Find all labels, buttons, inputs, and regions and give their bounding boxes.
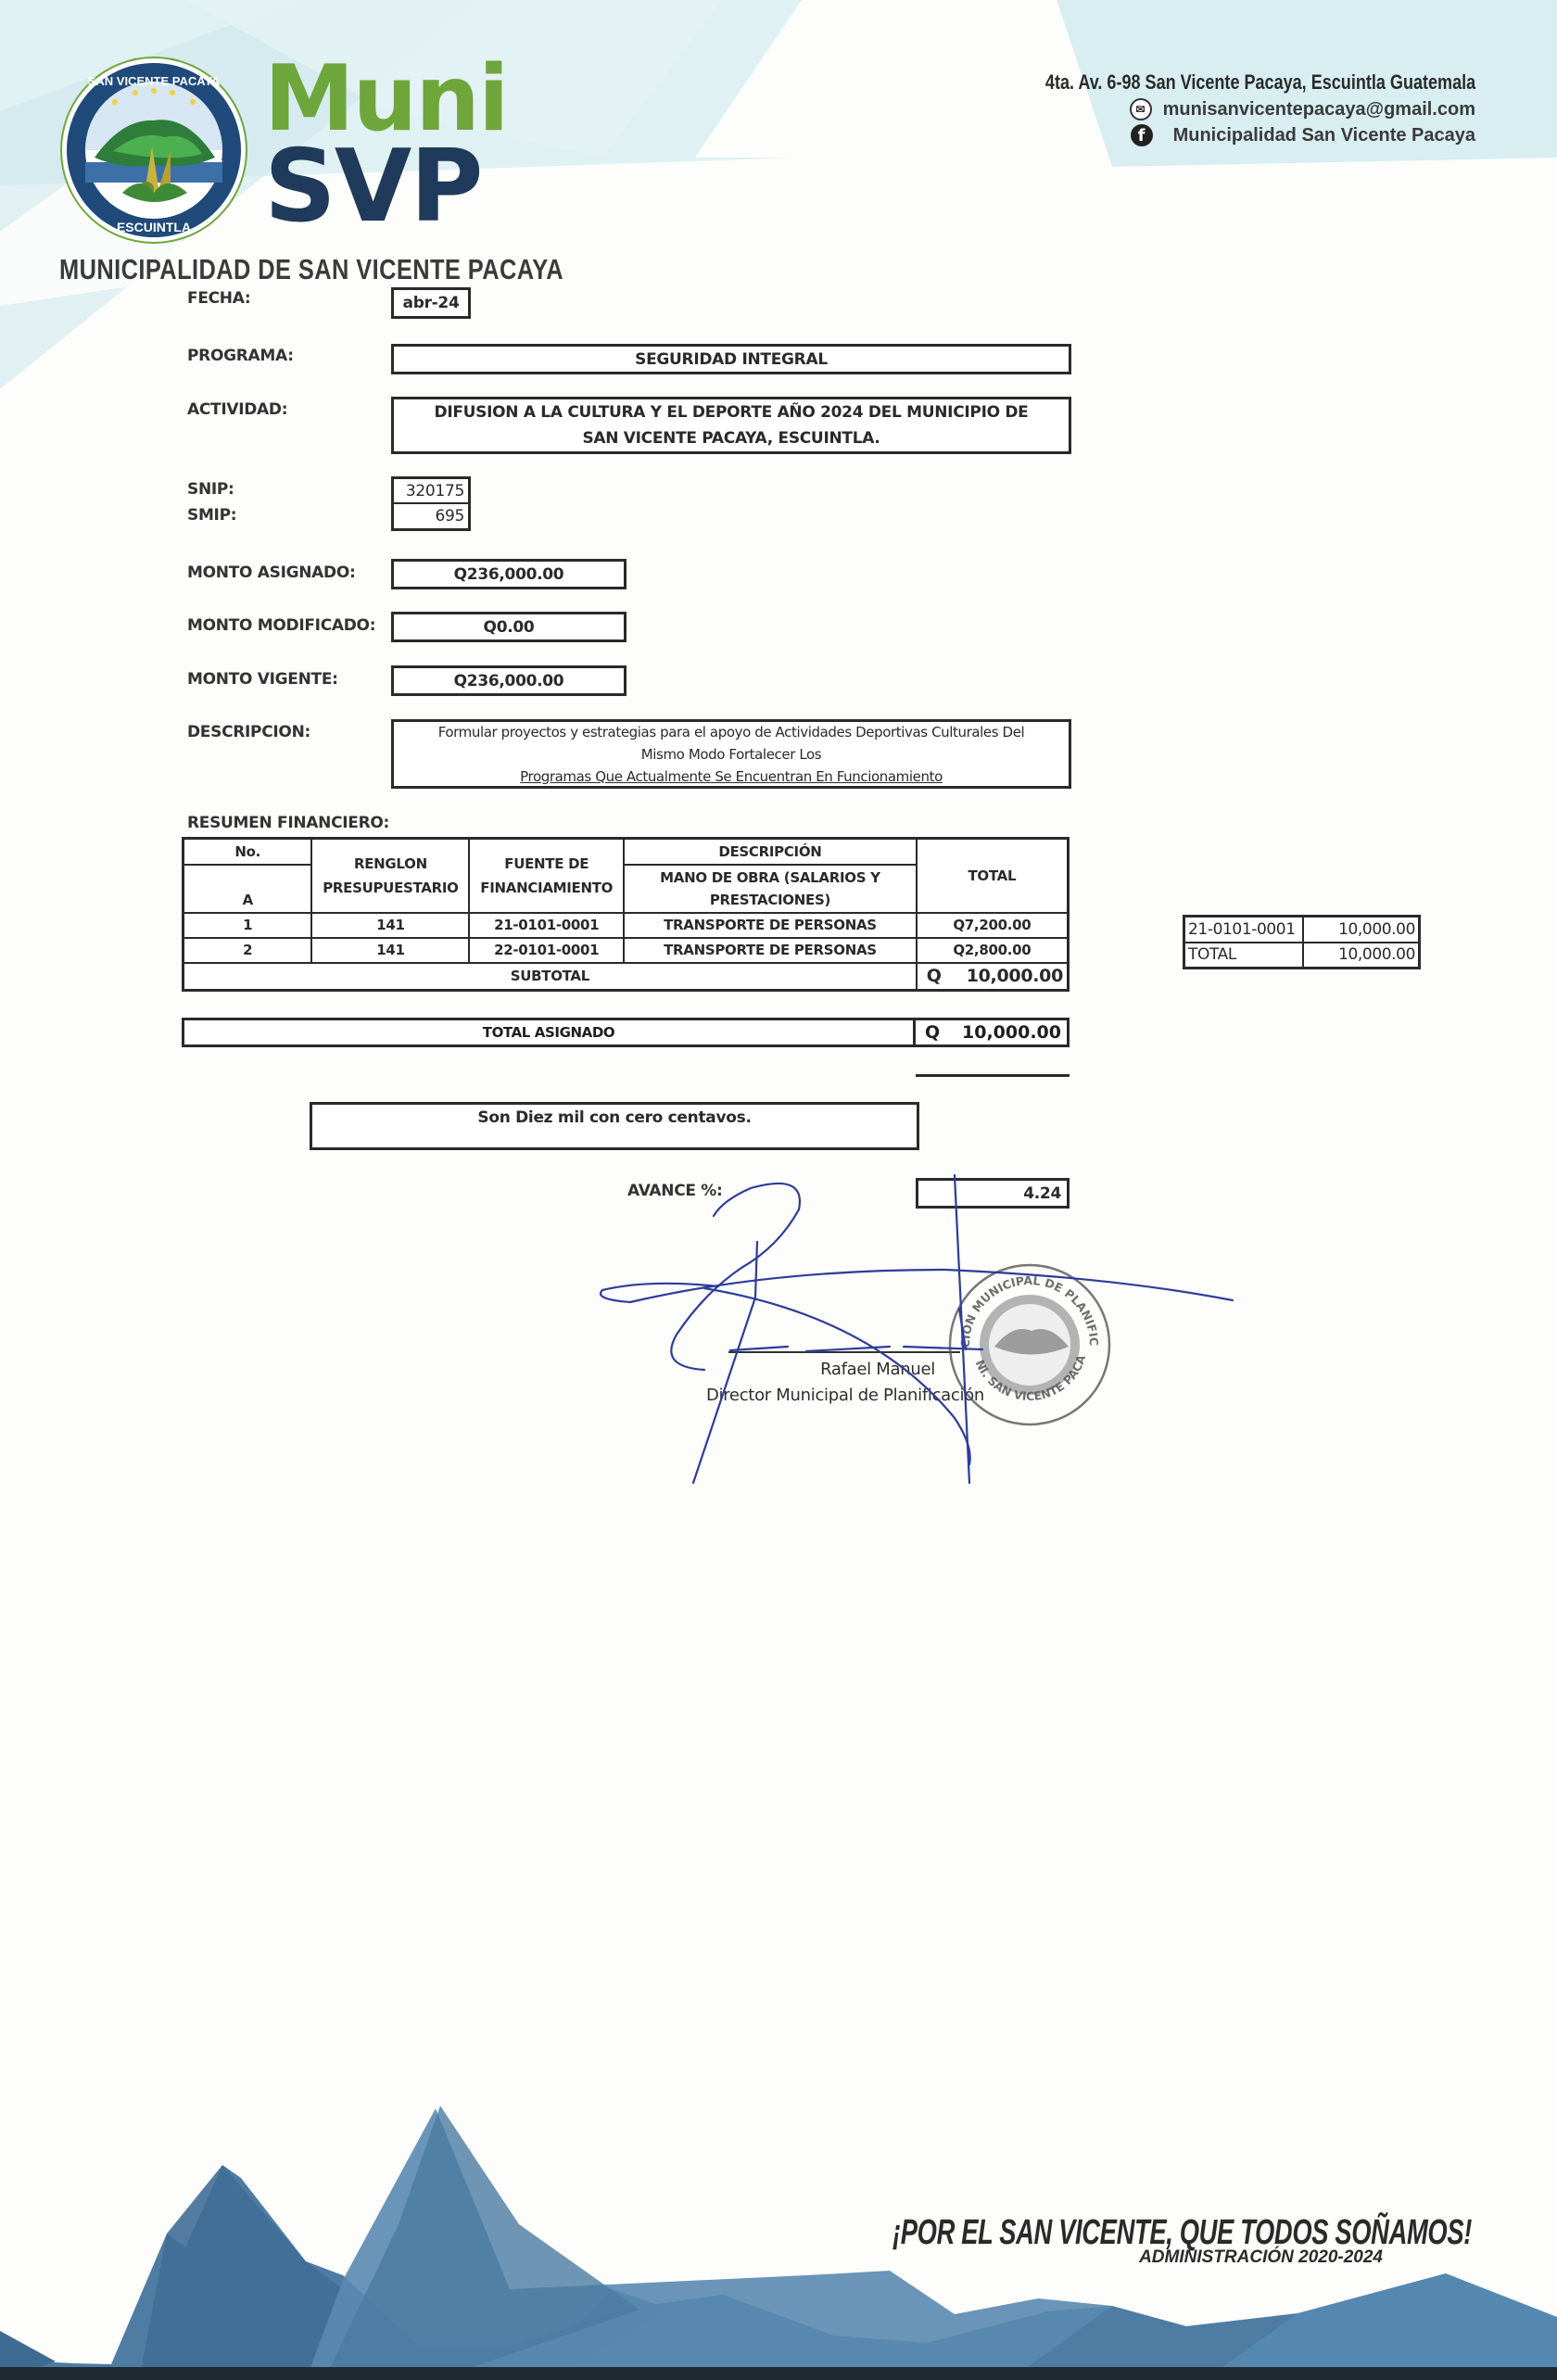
subtotal-value: 10,000.00 (967, 966, 1063, 986)
contact-block: 4ta. Av. 6-98 San Vicente Pacaya, Escuin… (951, 70, 1475, 146)
programa-field: SEGURIDAD INTEGRAL (391, 344, 1071, 374)
facebook-row: f Municipalidad San Vicente Pacaya (951, 124, 1475, 146)
mail-icon: ✉ (1130, 98, 1152, 120)
header-renglon: RENGLON PRESUPUESTARIO (311, 839, 469, 913)
facebook-link[interactable]: Municipalidad San Vicente Pacaya (1173, 125, 1475, 146)
row-total: Q7,200.00 (917, 913, 1069, 938)
monto-modificado-field: Q0.00 (391, 612, 627, 642)
table-row: 1 141 21-0101-0001 TRANSPORTE DE PERSONA… (184, 913, 1069, 938)
total-asignado-value: 10,000.00 (962, 1022, 1061, 1043)
svg-text:SAN VICENTE PACAYA: SAN VICENTE PACAYA (88, 74, 221, 88)
descripcion-label: DESCRIPCION: (187, 723, 310, 741)
smip-field: 695 (391, 503, 471, 531)
header-no: No. (184, 839, 312, 865)
row-fuente: 21-0101-0001 (469, 913, 624, 938)
municipality-name: MUNICIPALIDAD DE SAN VICENTE PACAYA (59, 253, 563, 286)
row-descripcion: TRANSPORTE DE PERSONAS (624, 913, 917, 938)
table-row: 2 141 22-0101-0001 TRANSPORTE DE PERSONA… (184, 938, 1069, 963)
descripcion-line-2: Mismo Modo Fortalecer Los (641, 743, 821, 766)
footer-slogan: ¡POR EL SAN VICENTE, QUE TODOS SOÑAMOS! (892, 2213, 1472, 2253)
monto-asignado-field: Q236,000.00 (391, 559, 627, 589)
side-source: 21-0101-0001 (1184, 917, 1303, 943)
header-descripcion: DESCRIPCIÓN (624, 839, 917, 865)
actividad-field: DIFUSION A LA CULTURA Y EL DEPORTE AÑO 2… (391, 397, 1071, 454)
subtotal-currency: Q (927, 966, 942, 986)
total-asignado-currency: Q (925, 1022, 940, 1043)
monto-asignado-label: MONTO ASIGNADO: (187, 563, 356, 582)
header-fuente: FUENTE DE FINANCIAMIENTO (469, 839, 624, 913)
row-descripcion: TRANSPORTE DE PERSONAS (624, 938, 917, 963)
subtotal-label: SUBTOTAL (184, 963, 917, 991)
snip-field: 320175 (391, 476, 471, 504)
monto-vigente-label: MONTO VIGENTE: (187, 670, 338, 689)
facebook-icon: f (1131, 124, 1153, 146)
brand-wordmark: Muni SVP (264, 57, 508, 234)
row-fuente: 22-0101-0001 (469, 938, 624, 963)
planning-office-stamp: DIRECCION MUNICIPAL DE PLANIFICACION MUN… (943, 1259, 1116, 1431)
municipal-seal-logo: SAN VICENTE PACAYA ESCUINTLA (57, 54, 250, 247)
subtotal-amount: Q 10,000.00 (917, 963, 1069, 991)
fecha-field: abr-24 (391, 287, 471, 319)
descripcion-field: Formular proyectos y estrategias para el… (391, 719, 1071, 789)
total-asignado-row: TOTAL ASIGNADO Q 10,000.00 (182, 1018, 1070, 1047)
brand-svp: SVP (264, 141, 508, 233)
row-no: 2 (184, 938, 312, 963)
header-descripcion-sub: MANO DE OBRA (SALARIOS Y PRESTACIONES) (624, 865, 917, 913)
avance-label: AVANCE %: (627, 1182, 723, 1200)
row-renglon: 141 (311, 913, 469, 938)
amount-in-words: Son Diez mil con cero centavos. (310, 1102, 919, 1150)
signature-line (728, 1351, 960, 1353)
actividad-label: ACTIVIDAD: (187, 400, 287, 419)
total-asignado-amount: Q 10,000.00 (916, 1020, 1067, 1044)
monto-modificado-label: MONTO MODIFICADO: (187, 616, 375, 635)
avance-field: 4.24 (916, 1178, 1070, 1209)
email-row: ✉ munisanvicentepacaya@gmail.com (951, 98, 1475, 120)
footer-slogan-block: ¡POR EL SAN VICENTE, QUE TODOS SOÑAMOS! … (667, 2213, 1472, 2268)
descripcion-line-3: Programas Que Actualmente Se Encuentran … (520, 766, 943, 788)
programa-label: PROGRAMA: (187, 347, 294, 365)
total-asignado-label: TOTAL ASIGNADO (184, 1020, 916, 1044)
resumen-title: RESUMEN FINANCIERO: (187, 814, 389, 832)
email-link[interactable]: munisanvicentepacaya@gmail.com (1163, 99, 1475, 120)
snip-label: SNIP: (187, 480, 234, 499)
descripcion-line-1: Formular proyectos y estrategias para el… (438, 721, 1025, 743)
side-total-label: TOTAL (1184, 943, 1303, 968)
row-total: Q2,800.00 (917, 938, 1069, 963)
fecha-label: FECHA: (187, 289, 250, 308)
header-no-sub: A (184, 865, 312, 913)
smip-label: SMIP: (187, 506, 236, 525)
address: 4ta. Av. 6-98 San Vicente Pacaya, Escuin… (1045, 70, 1475, 95)
side-source-amount: 10,000.00 (1303, 917, 1420, 943)
row-no: 1 (184, 913, 312, 938)
row-renglon: 141 (311, 938, 469, 963)
header-total: TOTAL (917, 839, 1069, 913)
funding-source-summary: 21-0101-0001 10,000.00 TOTAL 10,000.00 (1183, 915, 1421, 969)
signature-rule (916, 1074, 1070, 1077)
svg-text:ESCUINTLA: ESCUINTLA (117, 220, 191, 234)
monto-vigente-field: Q236,000.00 (391, 665, 627, 696)
financial-summary-table: No. RENGLON PRESUPUESTARIO FUENTE DE FIN… (182, 837, 1070, 992)
side-total-amount: 10,000.00 (1303, 943, 1420, 968)
